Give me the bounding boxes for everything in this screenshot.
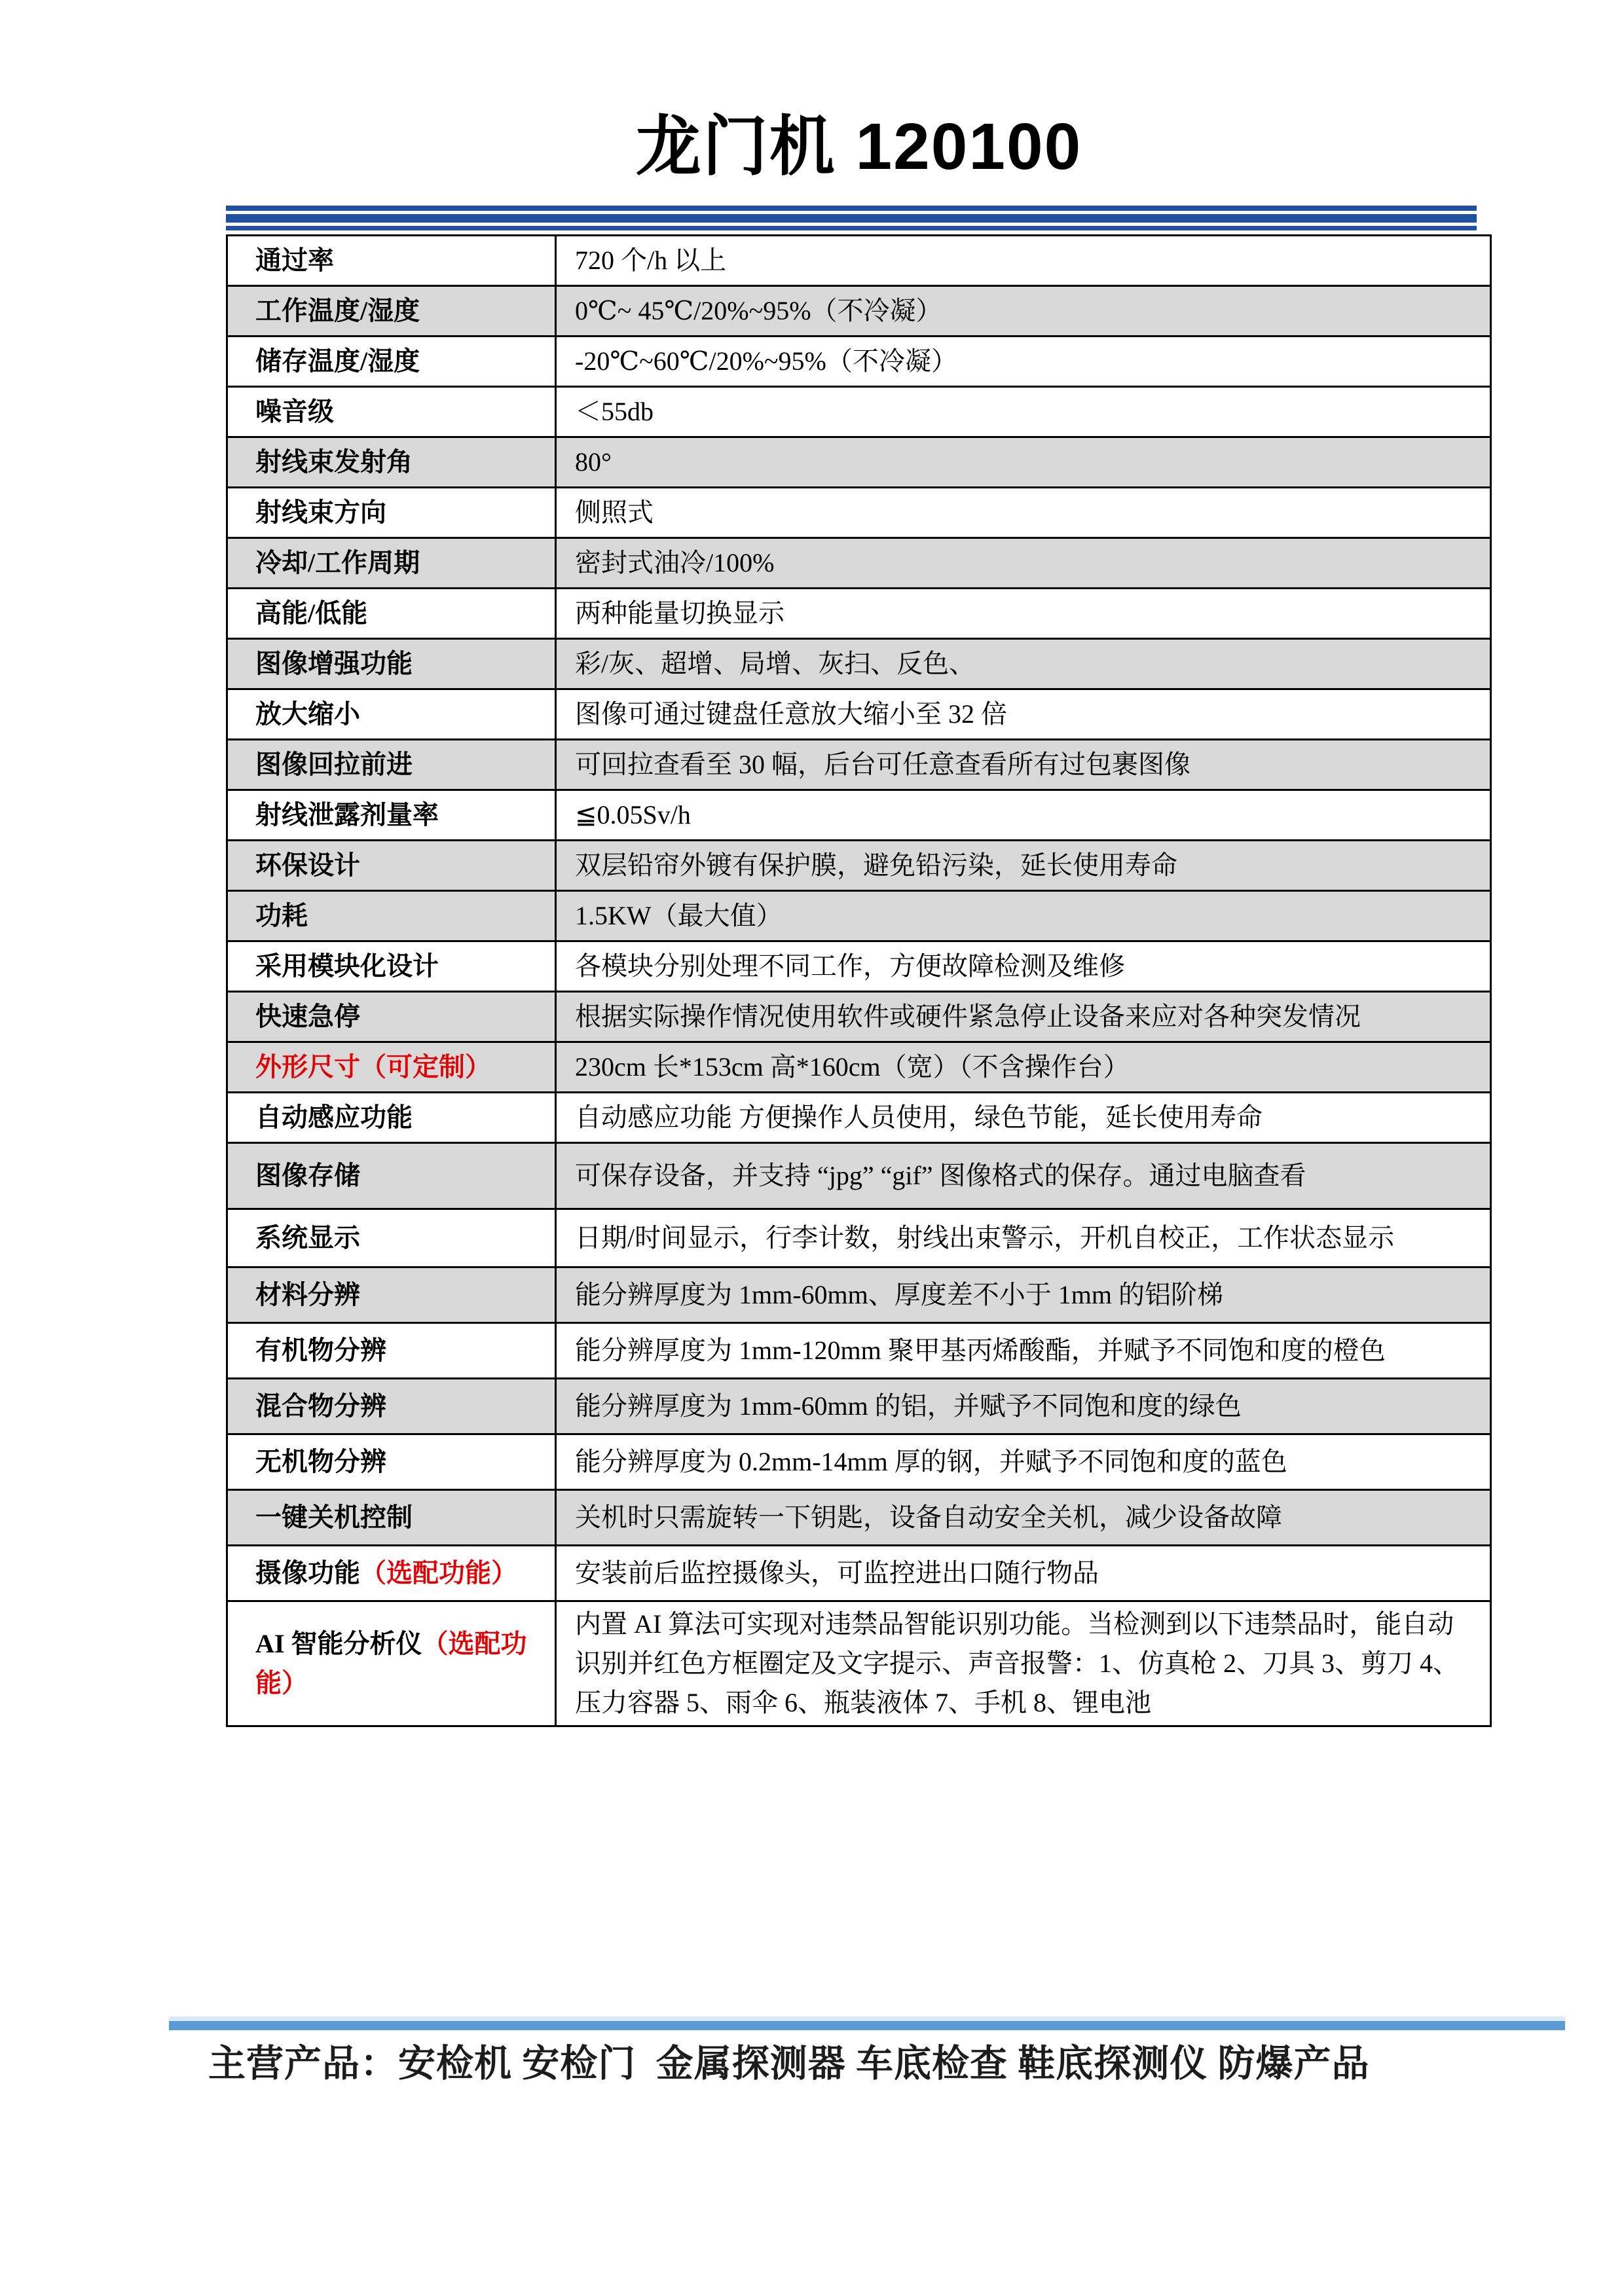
spec-name-cell: 图像存储: [227, 1143, 556, 1209]
table-row: 功耗 1.5KW（最大值）: [227, 891, 1491, 941]
spec-label-black: AI 智能分析仪: [255, 1629, 422, 1658]
spec-label-black: 储存温度/湿度: [255, 346, 420, 376]
table-row: 一键关机控制 关机时只需旋转一下钥匙，设备自动安全关机，减少设备故障: [227, 1490, 1491, 1546]
spec-name-cell: 射线束方向: [227, 488, 556, 538]
table-row: 混合物分辨 能分辨厚度为 1mm-60mm 的铝，并赋予不同饱和度的绿色: [227, 1379, 1491, 1434]
spec-name-cell: 混合物分辨: [227, 1379, 556, 1434]
table-row: 储存温度/湿度 -20℃~60℃/20%~95%（不冷凝）: [227, 337, 1491, 387]
spec-label-black: 射线束发射角: [255, 447, 413, 477]
spec-label-red: （选配功能）: [360, 1558, 517, 1588]
spec-name-cell: 高能/低能: [227, 589, 556, 639]
spec-value-cell: 彩/灰、超增、局增、灰扫、反色、: [556, 639, 1491, 689]
document-content: 龙门机 120100 通过率 720 个/h 以上 工作温度/湿度 0℃~ 45…: [226, 0, 1492, 1727]
spec-label-red: 外形尺寸（可定制）: [255, 1052, 491, 1082]
spec-value-cell: 各模块分别处理不同工作，方便故障检测及维修: [556, 941, 1491, 992]
spec-name-cell: 摄像功能（选配功能）: [227, 1546, 556, 1601]
spec-table: 通过率 720 个/h 以上 工作温度/湿度 0℃~ 45℃/20%~95%（不…: [226, 234, 1492, 1727]
spec-name-cell: 通过率: [227, 236, 556, 286]
spec-value-cell: 关机时只需旋转一下钥匙，设备自动安全关机，减少设备故障: [556, 1490, 1491, 1546]
spec-name-cell: 功耗: [227, 891, 556, 941]
spec-name-cell: 材料分辨: [227, 1267, 556, 1323]
spec-value-cell: 可保存设备，并支持 “jpg” “gif” 图像格式的保存。通过电脑查看: [556, 1143, 1491, 1209]
spec-value-cell: 密封式油冷/100%: [556, 538, 1491, 589]
table-row: 材料分辨 能分辨厚度为 1mm-60mm、厚度差不小于 1mm 的铝阶梯: [227, 1267, 1491, 1323]
spec-value-cell: 侧照式: [556, 488, 1491, 538]
spec-value-cell: 内置 AI 算法可实现对违禁品智能识别功能。当检测到以下违禁品时，能自动识别并红…: [556, 1601, 1491, 1726]
spec-label-black: 环保设计: [255, 850, 360, 880]
table-row: 射线束发射角 80°: [227, 437, 1491, 488]
spec-name-cell: 一键关机控制: [227, 1490, 556, 1546]
spec-name-cell: 冷却/工作周期: [227, 538, 556, 589]
spec-value-cell: 可回拉查看至 30 幅，后台可任意查看所有过包裹图像: [556, 740, 1491, 790]
title-divider: [226, 206, 1477, 230]
spec-label-black: 工作温度/湿度: [255, 296, 420, 325]
table-row: 图像增强功能 彩/灰、超增、局增、灰扫、反色、: [227, 639, 1491, 689]
spec-label-black: 放大缩小: [255, 699, 360, 729]
footer-products-line: 主营产品：安检机 安检门 金属探测器 车底检查 鞋底探测仪 防爆产品: [208, 2033, 1518, 2087]
spec-label-black: 通过率: [255, 246, 334, 275]
spec-value-cell: 日期/时间显示，行李计数，射线出束警示，开机自校正，工作状态显示: [556, 1209, 1491, 1267]
table-row: 图像回拉前进 可回拉查看至 30 幅，后台可任意查看所有过包裹图像: [227, 740, 1491, 790]
title-divider-thin-top: [226, 206, 1477, 211]
table-row: 射线束方向 侧照式: [227, 488, 1491, 538]
spec-label-black: 摄像功能: [255, 1558, 360, 1588]
table-row: AI 智能分析仪（选配功能） 内置 AI 算法可实现对违禁品智能识别功能。当检测…: [227, 1601, 1491, 1726]
spec-label-black: 图像增强功能: [255, 649, 413, 678]
spec-label-black: 快速急停: [255, 1002, 360, 1031]
table-row: 系统显示 日期/时间显示，行李计数，射线出束警示，开机自校正，工作状态显示: [227, 1209, 1491, 1267]
spec-name-cell: AI 智能分析仪（选配功能）: [227, 1601, 556, 1726]
table-row: 无机物分辨 能分辨厚度为 0.2mm-14mm 厚的钢，并赋予不同饱和度的蓝色: [227, 1434, 1491, 1490]
spec-name-cell: 环保设计: [227, 841, 556, 891]
footer-divider: [169, 2016, 1565, 2030]
table-row: 放大缩小 图像可通过键盘任意放大缩小至 32 倍: [227, 689, 1491, 740]
spec-label-black: 射线泄露剂量率: [255, 800, 439, 829]
title-divider-thin-bottom: [226, 226, 1477, 230]
table-row: 环保设计 双层铅帘外镀有保护膜，避免铅污染，延长使用寿命: [227, 841, 1491, 891]
table-row: 外形尺寸（可定制） 230cm 长*153cm 高*160cm（宽）（不含操作台…: [227, 1042, 1491, 1093]
spec-value-cell: 1.5KW（最大值）: [556, 891, 1491, 941]
spec-name-cell: 工作温度/湿度: [227, 286, 556, 337]
spec-name-cell: 无机物分辨: [227, 1434, 556, 1490]
spec-label-black: 无机物分辨: [255, 1447, 386, 1476]
spec-label-black: 系统显示: [255, 1223, 360, 1252]
spec-value-cell: 能分辨厚度为 0.2mm-14mm 厚的钢，并赋予不同饱和度的蓝色: [556, 1434, 1491, 1490]
spec-label-black: 混合物分辨: [255, 1391, 386, 1421]
spec-value-cell: 能分辨厚度为 1mm-120mm 聚甲基丙烯酸酯，并赋予不同饱和度的橙色: [556, 1323, 1491, 1379]
spec-label-black: 自动感应功能: [255, 1102, 413, 1132]
spec-value-cell: 根据实际操作情况使用软件或硬件紧急停止设备来应对各种突发情况: [556, 992, 1491, 1042]
spec-name-cell: 快速急停: [227, 992, 556, 1042]
spec-value-cell: ＜55db: [556, 387, 1491, 437]
table-row: 快速急停 根据实际操作情况使用软件或硬件紧急停止设备来应对各种突发情况: [227, 992, 1491, 1042]
title-divider-thick: [226, 214, 1477, 223]
spec-label-black: 射线束方向: [255, 498, 386, 527]
spec-value-cell: 80°: [556, 437, 1491, 488]
spec-value-cell: 自动感应功能 方便操作人员使用，绿色节能，延长使用寿命: [556, 1093, 1491, 1143]
table-row: 摄像功能（选配功能） 安装前后监控摄像头，可监控进出口随行物品: [227, 1546, 1491, 1601]
spec-name-cell: 自动感应功能: [227, 1093, 556, 1143]
spec-name-cell: 射线束发射角: [227, 437, 556, 488]
page-title: 龙门机 120100: [226, 0, 1492, 183]
spec-name-cell: 有机物分辨: [227, 1323, 556, 1379]
table-row: 图像存储 可保存设备，并支持 “jpg” “gif” 图像格式的保存。通过电脑查…: [227, 1143, 1491, 1209]
spec-name-cell: 放大缩小: [227, 689, 556, 740]
spec-label-black: 功耗: [255, 901, 308, 930]
spec-label-black: 冷却/工作周期: [255, 548, 420, 577]
spec-value-cell: 0℃~ 45℃/20%~95%（不冷凝）: [556, 286, 1491, 337]
spec-name-cell: 噪音级: [227, 387, 556, 437]
table-row: 通过率 720 个/h 以上: [227, 236, 1491, 286]
spec-value-cell: 图像可通过键盘任意放大缩小至 32 倍: [556, 689, 1491, 740]
spec-name-cell: 图像增强功能: [227, 639, 556, 689]
spec-value-cell: 230cm 长*153cm 高*160cm（宽）（不含操作台）: [556, 1042, 1491, 1093]
spec-label-black: 一键关机控制: [255, 1503, 413, 1532]
table-row: 自动感应功能 自动感应功能 方便操作人员使用，绿色节能，延长使用寿命: [227, 1093, 1491, 1143]
table-row: 有机物分辨 能分辨厚度为 1mm-120mm 聚甲基丙烯酸酯，并赋予不同饱和度的…: [227, 1323, 1491, 1379]
spec-label-black: 噪音级: [255, 397, 334, 426]
spec-label-black: 材料分辨: [255, 1280, 360, 1309]
spec-value-cell: 安装前后监控摄像头，可监控进出口随行物品: [556, 1546, 1491, 1601]
table-row: 工作温度/湿度 0℃~ 45℃/20%~95%（不冷凝）: [227, 286, 1491, 337]
spec-label-black: 采用模块化设计: [255, 951, 439, 981]
spec-label-black: 有机物分辨: [255, 1336, 386, 1365]
spec-name-cell: 采用模块化设计: [227, 941, 556, 992]
table-row: 采用模块化设计 各模块分别处理不同工作，方便故障检测及维修: [227, 941, 1491, 992]
table-row: 噪音级 ＜55db: [227, 387, 1491, 437]
spec-label-black: 图像存储: [255, 1161, 360, 1190]
spec-value-cell: 能分辨厚度为 1mm-60mm、厚度差不小于 1mm 的铝阶梯: [556, 1267, 1491, 1323]
spec-table-body: 通过率 720 个/h 以上 工作温度/湿度 0℃~ 45℃/20%~95%（不…: [227, 236, 1491, 1726]
spec-name-cell: 储存温度/湿度: [227, 337, 556, 387]
spec-value-cell: 能分辨厚度为 1mm-60mm 的铝，并赋予不同饱和度的绿色: [556, 1379, 1491, 1434]
spec-value-cell: 两种能量切换显示: [556, 589, 1491, 639]
spec-value-cell: 720 个/h 以上: [556, 236, 1491, 286]
table-row: 高能/低能 两种能量切换显示: [227, 589, 1491, 639]
spec-value-cell: 双层铅帘外镀有保护膜，避免铅污染，延长使用寿命: [556, 841, 1491, 891]
spec-value-cell: -20℃~60℃/20%~95%（不冷凝）: [556, 337, 1491, 387]
spec-value-cell: ≦0.05Sv/h: [556, 790, 1491, 841]
table-row: 射线泄露剂量率 ≦0.05Sv/h: [227, 790, 1491, 841]
document-page: 龙门机 120100 通过率 720 个/h 以上 工作温度/湿度 0℃~ 45…: [0, 0, 1624, 2296]
spec-label-black: 高能/低能: [255, 598, 367, 628]
table-row: 冷却/工作周期 密封式油冷/100%: [227, 538, 1491, 589]
spec-name-cell: 图像回拉前进: [227, 740, 556, 790]
spec-name-cell: 外形尺寸（可定制）: [227, 1042, 556, 1093]
spec-name-cell: 射线泄露剂量率: [227, 790, 556, 841]
spec-label-black: 图像回拉前进: [255, 750, 413, 779]
spec-name-cell: 系统显示: [227, 1209, 556, 1267]
